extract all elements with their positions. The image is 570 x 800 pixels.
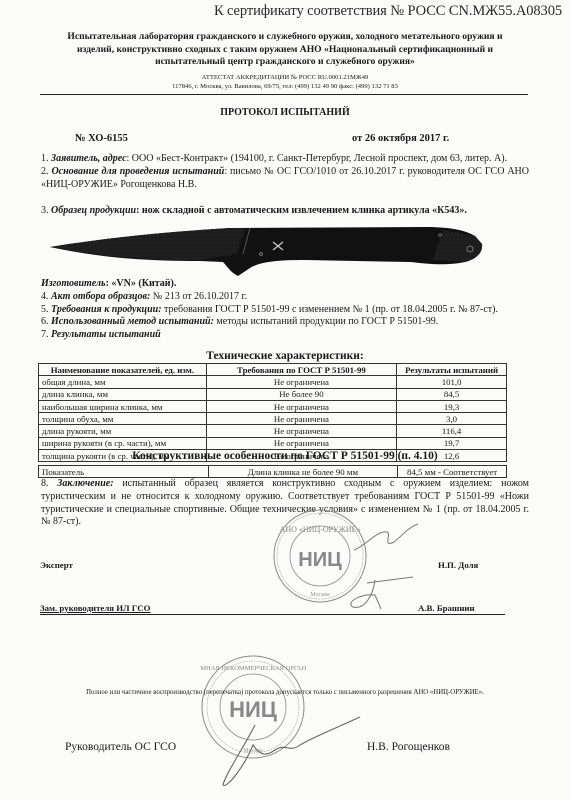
item-sample: 3. Образец продукции: нож складной с авт… — [41, 205, 529, 218]
param-name: толщина обуха, мм — [39, 413, 207, 425]
item-label: Заявитель, адрес — [51, 153, 127, 164]
item-label: Заключение: — [57, 478, 113, 489]
item-results: 7. Результаты испытаний — [41, 329, 529, 342]
param-name: наибольшая ширина клинка, мм — [39, 400, 207, 412]
item-basis: 2. Основание для проведения испытаний: п… — [41, 166, 529, 192]
knife-image — [45, 222, 485, 278]
item-label: Образец продукции — [51, 205, 136, 216]
table-row: ширина рукояти (в ср. части), ммНе огран… — [39, 437, 507, 449]
item-label: Использованный метод испытаний: — [51, 316, 214, 327]
table-row: Показатель Длина клинка не более 90 мм 8… — [39, 466, 507, 478]
items-1-2: 1. Заявитель, адрес: ООО «Бест-Контракт»… — [41, 153, 529, 191]
item-label: Акт отбора образцов: — [51, 291, 150, 302]
head-role: Руководитель ОС ГСО — [65, 741, 176, 753]
result: 84,5 мм - Соответствует — [398, 466, 507, 478]
tech-table-title: Технические характеристики: — [0, 350, 570, 362]
deputy-role: Зам. руководителя ИЛ ГСО — [40, 603, 151, 613]
result: 84,5 — [397, 388, 507, 400]
param-name: общая длина, мм — [39, 376, 207, 388]
head-name: Н.В. Рогощенков — [367, 741, 450, 753]
result: 3,0 — [397, 413, 507, 425]
param-name: длина клинка, мм — [39, 388, 207, 400]
table-row: длина клинка, ммНе более 9084,5 — [39, 388, 507, 400]
lab-name-line: изделий, конструктивно сходных с таким о… — [0, 44, 570, 57]
table-row: наибольшая ширина клинка, ммНе ограничен… — [39, 400, 507, 412]
item-label: Изготовитель — [41, 278, 106, 289]
result: 101,0 — [397, 376, 507, 388]
table-row: длина рукояти, ммНе ограничена116,4 — [39, 425, 507, 437]
svg-text:НИЦ: НИЦ — [229, 697, 277, 722]
svg-text:НИЦ: НИЦ — [298, 549, 342, 571]
column-header: Результаты испытаний — [397, 364, 507, 376]
result: 19,7 — [397, 437, 507, 449]
protocol-title: ПРОТОКОЛ ИСПЫТАНИЙ — [0, 107, 570, 118]
accreditation-block: АТТЕСТАТ АККРЕДИТАЦИИ № РОСС RU.0001.21М… — [0, 73, 570, 91]
items-manufacturer-to-7: Изготовитель: «VN» (Китай). 4. Акт отбор… — [41, 278, 529, 342]
protocol-number: № ХО-6155 — [75, 133, 128, 144]
param-name: длина рукояти, мм — [39, 425, 207, 437]
expert-name: Н.П. Доля — [438, 560, 478, 570]
header-divider — [40, 94, 528, 95]
item-label: Требования к продукции: — [51, 304, 162, 315]
protocol-date: от 26 октября 2017 г. — [352, 133, 449, 144]
reproduction-note: Полное или частичное воспроизводство (пе… — [0, 689, 570, 696]
accreditation-number: АТТЕСТАТ АККРЕДИТАЦИИ № РОСС RU.0001.21М… — [0, 73, 570, 82]
item-method: 6. Использованный метод испытаний: метод… — [41, 316, 529, 329]
requirement: Не ограничена — [206, 413, 397, 425]
table-row: общая длина, ммНе ограничена101,0 — [39, 376, 507, 388]
signature-icon — [345, 575, 415, 615]
item-applicant: 1. Заявитель, адрес: ООО «Бест-Контракт»… — [41, 153, 529, 166]
requirement: Не ограничена — [206, 376, 397, 388]
stamp-icon: АВТОНОМНАЯ НЕКОММЕРЧЕСКАЯ ОРГАНИЗАЦИЯ НИ… — [200, 654, 306, 760]
column-header: Наименование показателей, ед. изм. — [39, 364, 207, 376]
requirement: Длина клинка не более 90 мм — [208, 466, 398, 478]
requirement: Не ограничена — [206, 437, 397, 449]
table-row: толщина обуха, ммНе ограничена3,0 — [39, 413, 507, 425]
certificate-reference: К сертификату соответствия № РОСС CN.МЖ5… — [214, 3, 562, 20]
lab-address: 117846, г. Москва, ул. Вавилова, 69/75, … — [0, 82, 570, 91]
item-conclusion: 8. Заключение: испытанный образец являет… — [41, 478, 529, 529]
deputy-name: А.В. Брашнин — [418, 603, 475, 613]
result: 19,3 — [397, 400, 507, 412]
lab-name-line: Испытательная лаборатория гражданского и… — [0, 31, 570, 44]
svg-text:Москва: Москва — [310, 592, 330, 598]
requirement: Не ограничена — [206, 400, 397, 412]
tech-specs-table: Наименование показателей, ед. изм. Требо… — [38, 363, 507, 462]
lab-name: Испытательная лаборатория гражданского и… — [0, 31, 570, 69]
column-header: Требования по ГОСТ Р 51501-99 — [206, 364, 397, 376]
expert-role: Эксперт — [40, 560, 73, 570]
item-manufacturer: Изготовитель: «VN» (Китай). — [41, 278, 529, 291]
item-label: Основание для проведения испытаний — [51, 166, 224, 177]
param-name: ширина рукояти (в ср. части), мм — [39, 437, 207, 449]
svg-text:Москва: Москва — [243, 748, 263, 754]
param-name: Показатель — [39, 466, 209, 478]
svg-text:АВТОНОМНАЯ НЕКОММЕРЧЕСКАЯ ОРГА: АВТОНОМНАЯ НЕКОММЕРЧЕСКАЯ ОРГАНИЗАЦИЯ — [200, 665, 306, 672]
requirement: Не ограничена — [206, 425, 397, 437]
item-act: 4. Акт отбора образцов: № 213 от 26.10.2… — [41, 291, 529, 304]
item-requirements: 5. Требования к продукции: требования ГО… — [41, 304, 529, 317]
lab-name-line: испытательный центр гражданского и служе… — [0, 56, 570, 69]
item-label: Результаты испытаний — [51, 329, 161, 340]
signature-line — [40, 614, 505, 615]
result: 116,4 — [397, 425, 507, 437]
table-header-row: Наименование показателей, ед. изм. Требо… — [39, 364, 507, 376]
constr-table-title: Конструктивные особенности по ГОСТ Р 515… — [0, 450, 570, 462]
requirement: Не более 90 — [206, 388, 397, 400]
constructive-features-table: Показатель Длина клинка не более 90 мм 8… — [38, 465, 507, 478]
signature-icon — [215, 715, 365, 790]
